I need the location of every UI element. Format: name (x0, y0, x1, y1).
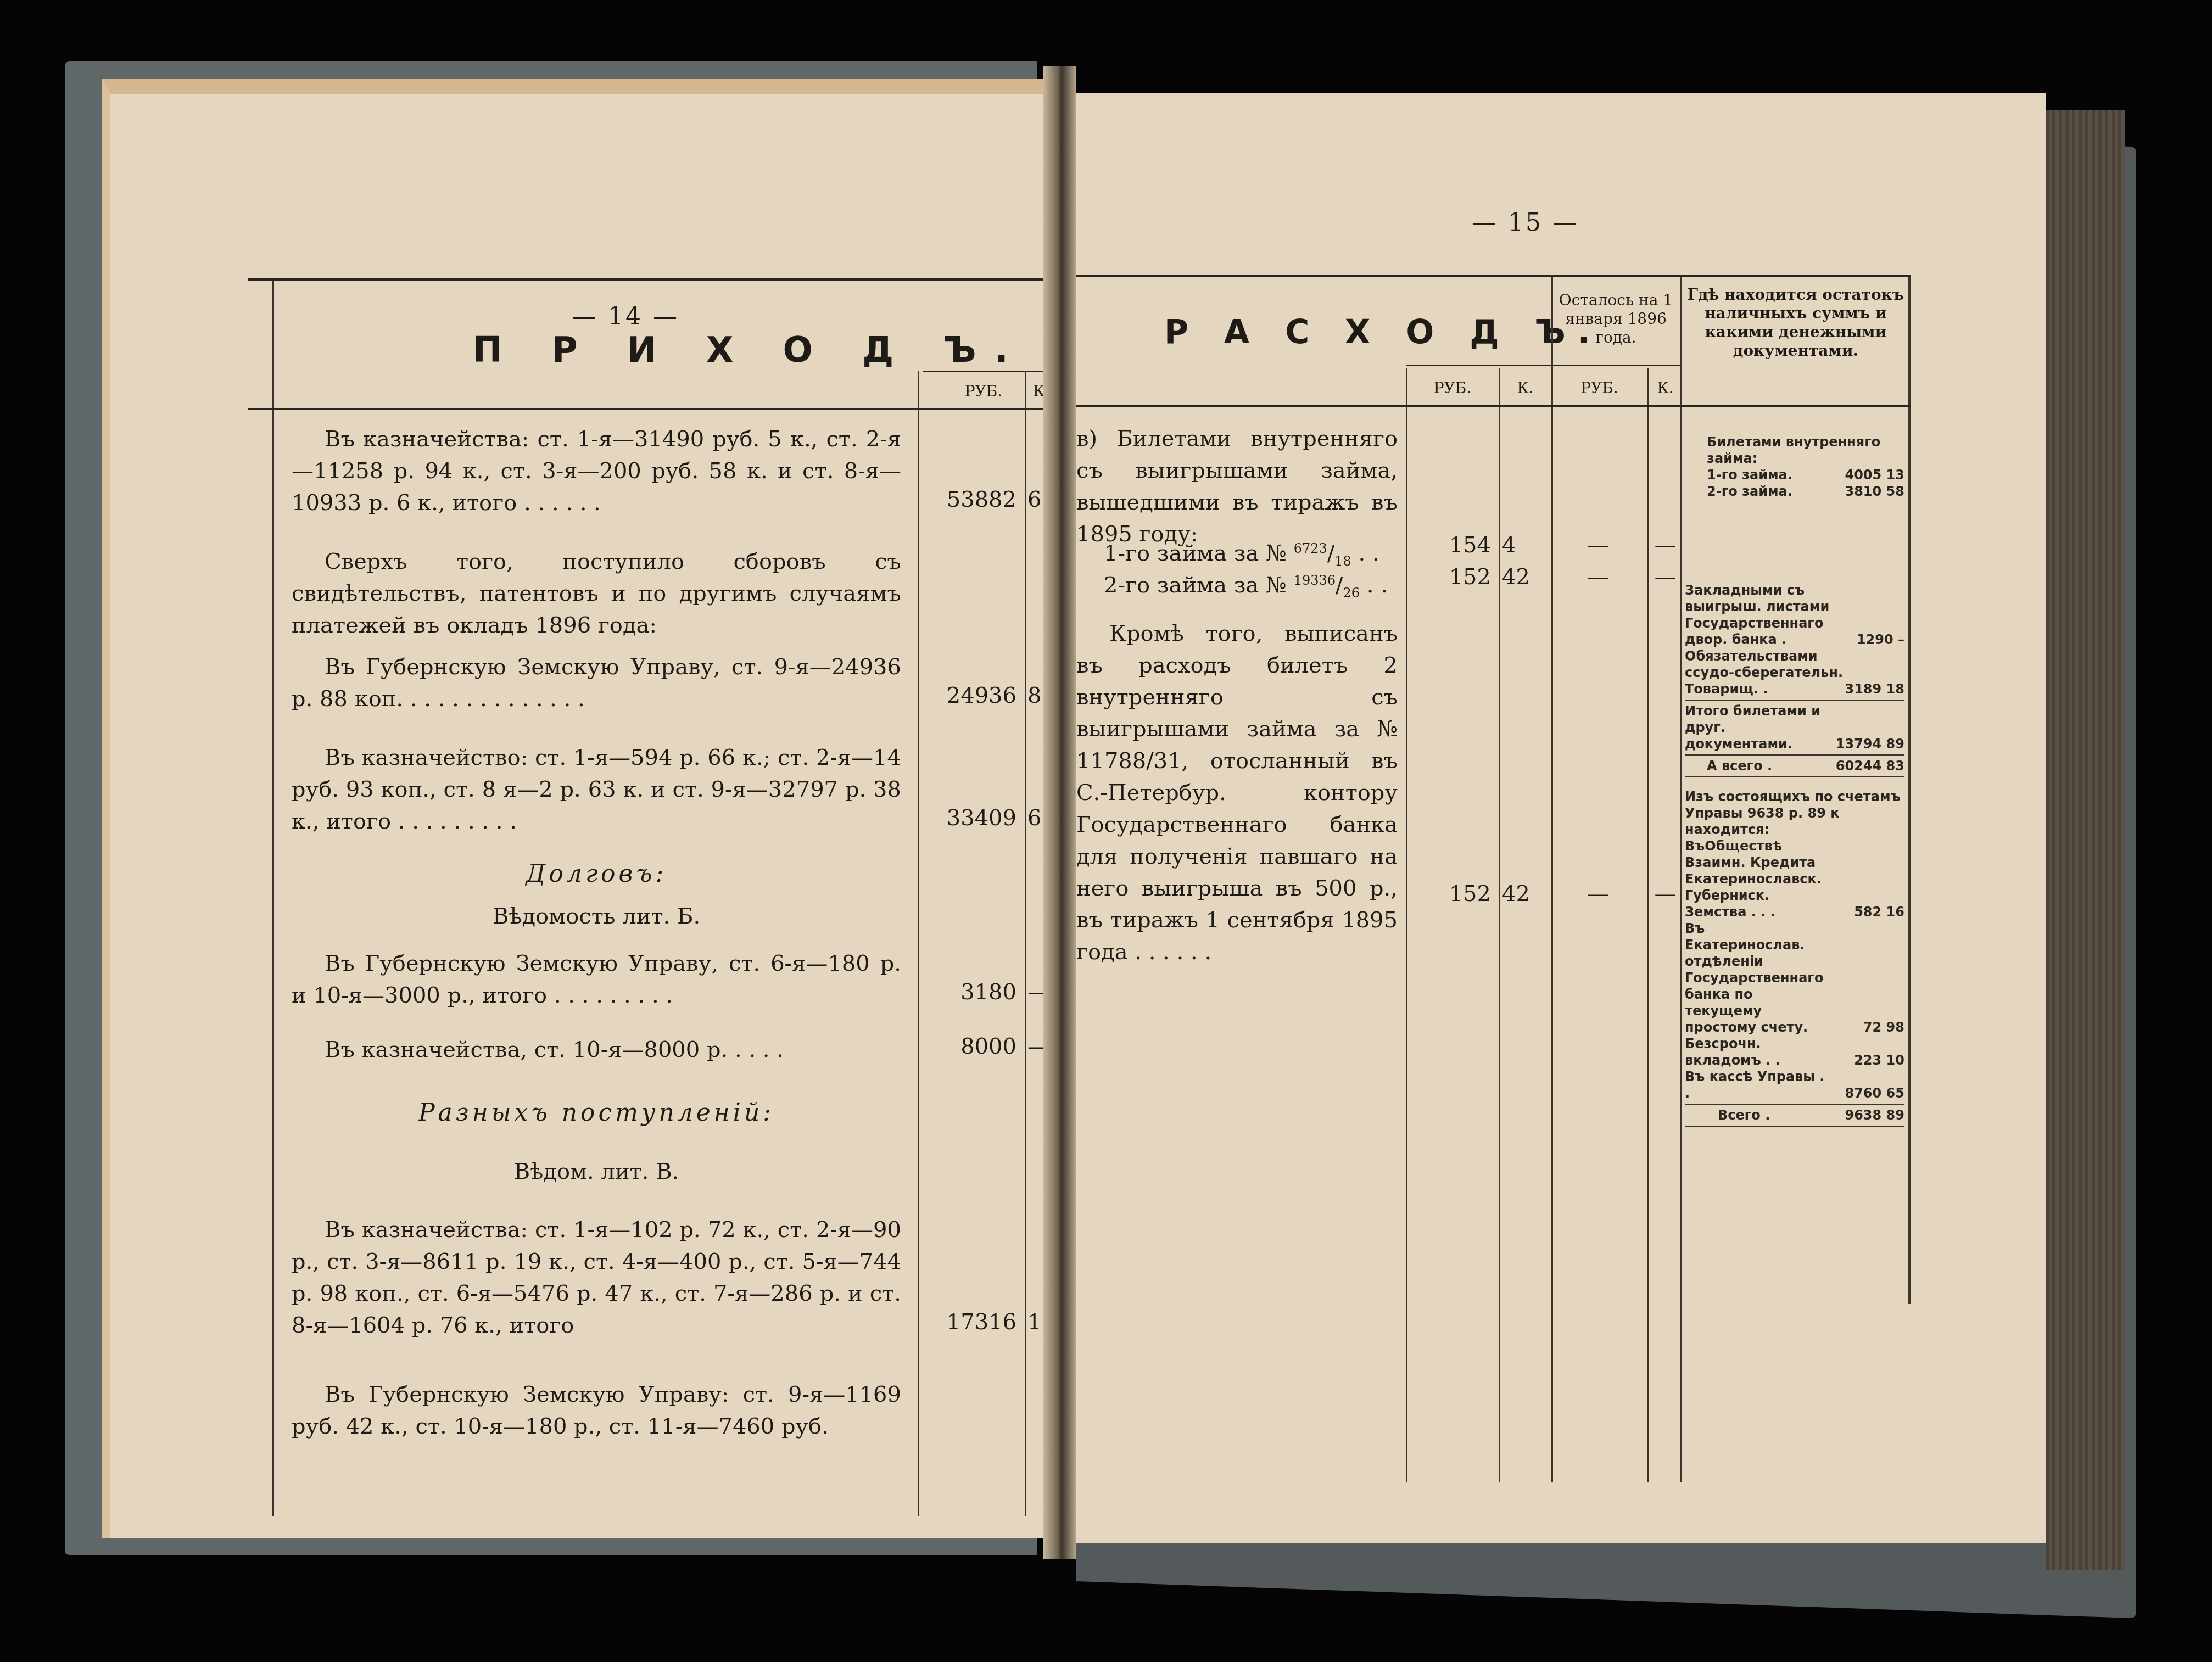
loan-1-label: 1-го займа за № (1104, 541, 1287, 566)
entry-v-2: Въ Губернскую Земскую Управу: ст. 9-я—11… (292, 1379, 901, 1442)
zakladnymi-label: Закладными съ выигрыш. листами Государст… (1685, 582, 1844, 648)
col-rem-rub: РУБ. (1554, 379, 1645, 398)
entry-4-rub: 33409 (923, 805, 1016, 831)
kasse-label: Въ кассѣ Управы . . (1685, 1068, 1828, 1101)
itogo-val: 13794 89 (1836, 736, 1904, 752)
loan-2-den: 26 (1343, 585, 1360, 601)
otdelenie-label: Въ Екатеринослав. отдѣленіи Государствен… (1685, 920, 1828, 1036)
entry-3-rub: 24936 (923, 683, 1016, 708)
extra-k: 42 (1502, 881, 1546, 906)
entry-v-1: Въ казначейства: ст. 1-я—102 р. 72 к., с… (292, 1214, 901, 1341)
entry-2: Сверхъ того, поступило сборовъ съ свидѣт… (292, 546, 901, 641)
col-k: К. (1502, 379, 1549, 398)
loan-1-rem-rub: — (1560, 533, 1636, 558)
entry-b-2-rub: 8000 (923, 1034, 1016, 1059)
col-divider-2 (1499, 368, 1500, 1482)
loan-2-label: 2-го займа за № (1104, 573, 1287, 598)
loan-2-row: 2-го займа за № 19336/26 . . (1104, 564, 1400, 609)
obyazatelstvami-label: Обязательствами ссудо-сберегательн. Това… (1685, 648, 1844, 697)
colhead-rule (1406, 365, 1680, 366)
loan-1-num: 6723 (1294, 541, 1327, 556)
col-divider-5 (1680, 277, 1682, 1482)
entry-b-2: Въ казначейства, ст. 10-я—8000 р. . . . … (292, 1034, 901, 1066)
iz-sostoyashchikh: Изъ состоящихъ по счетамъ Управы 9638 р.… (1685, 788, 1904, 838)
zakladnymi-val: 1290 – (1857, 631, 1904, 648)
loc-loan-1-val: 4005 13 (1845, 467, 1904, 483)
col-divider-1 (1406, 368, 1407, 1482)
extra-rub: 152 (1409, 881, 1491, 906)
entry-b-1: Въ Губернскую Земскую Управу, ст. 6-я—18… (292, 948, 901, 1011)
col-remaining: Осталось на 1 января 1896 года. (1554, 291, 1678, 347)
header-rule (1076, 405, 1911, 407)
loan-2-rub: 152 (1409, 564, 1491, 590)
obshchestvo-val: 582 16 (1854, 904, 1904, 920)
biletami-head: Билетами внутренняго займа: (1685, 434, 1904, 467)
col-divider-kop (1025, 371, 1026, 1516)
entry-v-intro: в) Билетами внутренняго съ выигрышами за… (1076, 423, 1398, 550)
col-divider-3 (1551, 277, 1553, 1482)
entry-1: Въ казначейства: ст. 1-я—31490 руб. 5 к.… (292, 423, 901, 519)
bezsrochn-val: 223 10 (1854, 1052, 1904, 1068)
col-rub: РУБ. (945, 382, 1022, 401)
bezsrochn-label: Безсрочн. вкладомъ . . (1685, 1036, 1828, 1068)
section-raznykh: Разныхъ поступленій: (292, 1099, 901, 1127)
obshchestvo-label: ВъОбществѣ Взаимн. Кредита Екатеринослав… (1685, 838, 1828, 920)
col-rub: РУБ. (1411, 379, 1494, 398)
page-edges (2046, 110, 2125, 1570)
loc-loan-2-val: 3810 58 (1845, 483, 1904, 500)
table-left-border (272, 281, 274, 1516)
avsego-val: 60244 83 (1836, 758, 1904, 774)
extra-entry: Кромѣ того, выписанъ въ расходъ билетъ 2… (1076, 618, 1398, 968)
loan-1-k: 4 (1502, 533, 1546, 558)
vsego-val: 9638 89 (1845, 1107, 1904, 1123)
section-dolgov: Долговъ: (292, 860, 901, 888)
entry-1-rub: 53882 (923, 487, 1016, 512)
itogo-label: Итого билетами и друг. документами. (1685, 703, 1833, 752)
loan-2-rem-rub: — (1560, 564, 1636, 590)
loc-loan-1-label: 1-го займа. (1707, 467, 1792, 483)
otdelenie-val: 72 98 (1863, 1019, 1904, 1036)
page-title: П Р И Х О Д Ъ. (473, 330, 1027, 371)
col-divider-rub (918, 371, 919, 1516)
loan-2-num: 19336 (1294, 573, 1336, 588)
vsego-label: Всего . (1718, 1107, 1770, 1123)
entry-4: Въ казначейство: ст. 1-я—594 р. 66 к.; с… (292, 742, 901, 837)
kasse-val: 8760 65 (1845, 1085, 1904, 1101)
loan-2-rem-k: — (1650, 564, 1680, 590)
book-gutter (1043, 66, 1076, 1559)
colhead-rule (923, 371, 1058, 372)
vedomost-v: Вѣдом. лит. В. (292, 1159, 901, 1184)
entry-v-1-rub: 17316 (923, 1310, 1016, 1335)
extra-rem-rub: — (1560, 881, 1636, 906)
loan-1-rem-k: — (1650, 533, 1680, 558)
extra-rem-k: — (1650, 881, 1680, 906)
entry-b-1-rub: 3180 (923, 980, 1016, 1005)
loan-1-rub: 154 (1409, 533, 1491, 558)
page-title: Р А С Х О Д Ъ. (1164, 313, 1602, 351)
avsego-label: А всего . (1707, 758, 1772, 774)
header-rule (248, 408, 1058, 410)
obyazatelstvami-val: 3189 18 (1845, 681, 1904, 697)
col-location: Гдѣ находится остатокъ наличныхъ суммъ и… (1686, 286, 1906, 360)
page-number: — 14 — (572, 303, 679, 331)
entry-3: Въ Губернскую Земскую Управу, ст. 9-я—24… (292, 651, 901, 715)
loan-2-k: 42 (1502, 564, 1546, 590)
left-page: — 14 — П Р И Х О Д Ъ. РУБ. КОП. Въ казна… (102, 79, 1058, 1538)
page-number: — 15 — (1472, 209, 1579, 237)
right-page: — 15 — Р А С Х О Д Ъ. Осталось на 1 янва… (1076, 93, 2046, 1543)
top-rule (1076, 275, 1911, 277)
col-divider-4 (1647, 368, 1649, 1482)
location-column: Билетами внутренняго займа: 1-го займа.4… (1685, 434, 1904, 1129)
col-divider-6 (1908, 277, 1911, 1304)
vedomost-b: Вѣдомость лит. Б. (292, 904, 901, 929)
col-rem-k: К. (1650, 379, 1680, 398)
top-rule (248, 278, 1058, 281)
loc-loan-2-label: 2-го займа. (1707, 483, 1792, 500)
